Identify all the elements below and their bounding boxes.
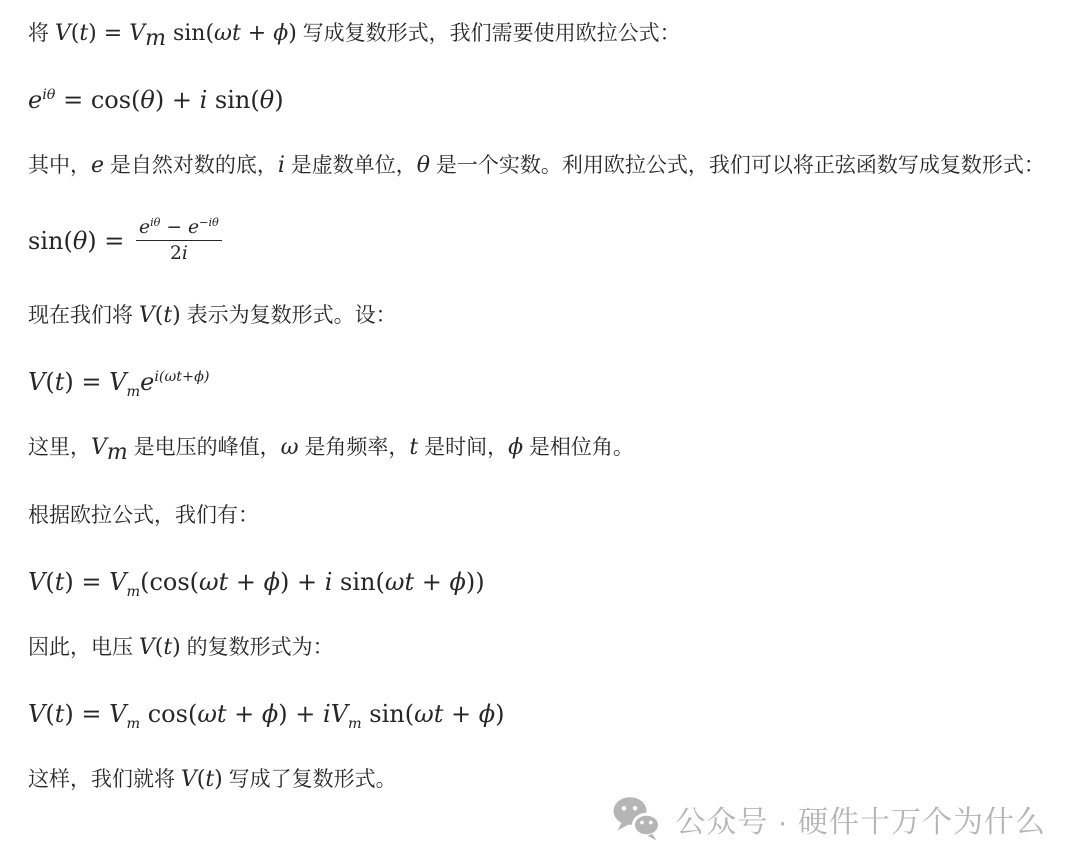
text-run: 表示为复数形式。设： (181, 304, 397, 327)
math-run: + (414, 568, 449, 596)
text-run: 是相位角。 (523, 436, 634, 459)
text-run: 是角频率， (299, 436, 410, 459)
paragraph-euler-explanation: 其中，e 是自然对数的底，i 是虚数单位，θ 是一个实数。利用欧拉公式，我们可以… (28, 146, 1052, 186)
math-run: V (91, 435, 107, 460)
math-run: ϕ (479, 700, 495, 728)
document-body: 将 V(t) = Vm sin(ωt + ϕ) 写成复数形式，我们需要使用欧拉公… (0, 0, 1080, 864)
text-run: 根据欧拉公式，我们有： (28, 504, 259, 527)
text-run: 这里， (28, 436, 91, 459)
math-run: θ (140, 86, 154, 114)
watermark: 公众号 · 硬件十万个为什么 (612, 796, 1046, 842)
text-run: 是虚数单位， (285, 154, 417, 177)
math-run: + (228, 568, 263, 596)
paragraph-conclusion: 这样，我们就将 V(t) 写成了复数形式。 (28, 760, 1052, 800)
math-run: + (443, 700, 478, 728)
paragraph-symbol-definitions: 这里，Vm 是电压的峰值，ω 是角频率，t 是时间，ϕ 是相位角。 (28, 428, 1052, 468)
equation-voltage-final: V(t) = Vm cos(ωt + ϕ) + iVm sin(ωt + ϕ) (28, 696, 1052, 732)
math-run: ωt (197, 700, 226, 728)
math-run: ) = (87, 227, 132, 255)
math-run: sin( (166, 21, 214, 46)
math-run: iθ (150, 216, 160, 229)
math-run: ) (288, 21, 297, 46)
math-run: + (241, 21, 273, 46)
math-run: + (227, 700, 262, 728)
math-run: e (91, 153, 104, 178)
text-run: 是自然对数的底， (104, 154, 278, 177)
math-run: m (348, 716, 362, 732)
math-run: − (160, 217, 188, 238)
math-run: m (145, 26, 166, 51)
paragraph-therefore: 因此，电压 V(t) 的复数形式为： (28, 628, 1052, 668)
math-run: = cos( (55, 86, 140, 114)
math-run: V (109, 568, 126, 596)
math-run: cos( (140, 700, 197, 728)
math-run: t (79, 21, 88, 46)
fraction-denominator: 2i (136, 241, 222, 265)
math-run: sin( (362, 700, 414, 728)
math-run: ϕ (508, 435, 523, 460)
math-run: ) + (278, 700, 323, 728)
math-run: m (126, 716, 140, 732)
math-run: ) = (64, 700, 109, 728)
math-run: sin( (207, 86, 259, 114)
math-run: ωt (199, 568, 228, 596)
text-run: 其中， (28, 154, 91, 177)
math-run: i(ωt+ϕ) (154, 369, 209, 385)
text-run: 将 (28, 22, 55, 45)
math-run: θ (260, 86, 274, 114)
math-run: ϕ (449, 568, 465, 596)
math-run: e (139, 217, 150, 238)
math-run: e (188, 217, 199, 238)
equation-sine-complex: sin(θ) = eiθ − e−iθ2i (28, 214, 1052, 268)
math-run: ϕ (264, 568, 280, 596)
equation-voltage-exponential: V(t) = Vmei(ωt+ϕ) (28, 364, 1052, 400)
math-run: V (139, 303, 155, 328)
math-run: t (409, 435, 418, 460)
math-run: V (109, 700, 126, 728)
text-run: 现在我们将 (28, 304, 139, 327)
math-run: ) + (280, 568, 325, 596)
math-run: iV (323, 700, 348, 728)
math-run: ) (172, 303, 181, 328)
watermark-label: 公众号 · 硬件十万个为什么 (675, 797, 1046, 841)
math-run: m (107, 440, 128, 465)
math-run: ωt (214, 21, 241, 46)
paragraph-intro: 将 V(t) = Vm sin(ωt + ϕ) 写成复数形式，我们需要使用欧拉公… (28, 14, 1052, 54)
paragraph-set-complex-form: 现在我们将 V(t) 表示为复数形式。设： (28, 296, 1052, 336)
math-run: 2 (170, 243, 182, 264)
math-run: e (140, 368, 154, 396)
math-run: θ (73, 227, 87, 255)
text-run: 这样，我们就将 (28, 768, 181, 791)
math-run: e (28, 86, 42, 114)
text-run: 是一个实数。利用欧拉公式，我们可以将正弦函数写成复数形式： (430, 154, 1045, 177)
equation-euler-formula: eiθ = cos(θ) + i sin(θ) (28, 82, 1052, 118)
text-run: 是电压的峰值， (128, 436, 281, 459)
math-run: V (129, 21, 145, 46)
math-run: m (126, 584, 140, 600)
math-run: ) = (88, 21, 129, 46)
math-run: ( (45, 700, 54, 728)
math-run: V (139, 635, 155, 660)
wechat-icon (612, 796, 662, 842)
math-run: m (126, 384, 140, 400)
math-run: t (55, 568, 65, 596)
math-run: t (55, 700, 65, 728)
math-run: ϕ (262, 700, 278, 728)
math-run: V (181, 767, 197, 792)
math-run: V (109, 368, 126, 396)
math-run: ωt (414, 700, 443, 728)
fraction: eiθ − e−iθ2i (136, 216, 222, 266)
math-run: sin( (332, 568, 384, 596)
fraction-numerator: eiθ − e−iθ (136, 216, 222, 241)
math-run: ) = (64, 368, 109, 396)
math-run: ( (45, 368, 54, 396)
math-run: −iθ (199, 216, 219, 229)
math-run: V (28, 700, 45, 728)
math-run: ( (45, 568, 54, 596)
math-run: ) (495, 700, 504, 728)
math-run: ϕ (273, 21, 288, 46)
math-run: t (163, 635, 172, 660)
math-run: V (55, 21, 71, 46)
math-run: V (28, 568, 45, 596)
math-run: ) (172, 635, 181, 660)
math-run: ) (214, 767, 223, 792)
math-run: ω (281, 435, 299, 460)
math-run: ωt (385, 568, 414, 596)
math-run: t (55, 368, 65, 396)
math-run: ) (274, 86, 283, 114)
math-run: t (163, 303, 172, 328)
paragraph-according-to-euler: 根据欧拉公式，我们有： (28, 496, 1052, 536)
equation-voltage-expanded: V(t) = Vm(cos(ωt + ϕ) + i sin(ωt + ϕ)) (28, 564, 1052, 600)
math-run: ) = (64, 568, 109, 596)
math-run: )) (466, 568, 485, 596)
math-run: θ (417, 153, 430, 178)
text-run: 写成复数形式，我们需要使用欧拉公式： (297, 22, 681, 45)
text-run: 因此，电压 (28, 636, 139, 659)
math-run: V (28, 368, 45, 396)
math-run: ) + (155, 86, 200, 114)
text-run: 的复数形式为： (181, 636, 334, 659)
math-run: iθ (42, 87, 55, 103)
text-run: 写成了复数形式。 (223, 768, 397, 791)
math-run: i (182, 243, 188, 264)
text-run: 是时间， (418, 436, 508, 459)
math-run: sin( (28, 227, 73, 255)
math-run: (cos( (140, 568, 199, 596)
math-run: t (205, 767, 214, 792)
math-run: i (278, 153, 285, 178)
